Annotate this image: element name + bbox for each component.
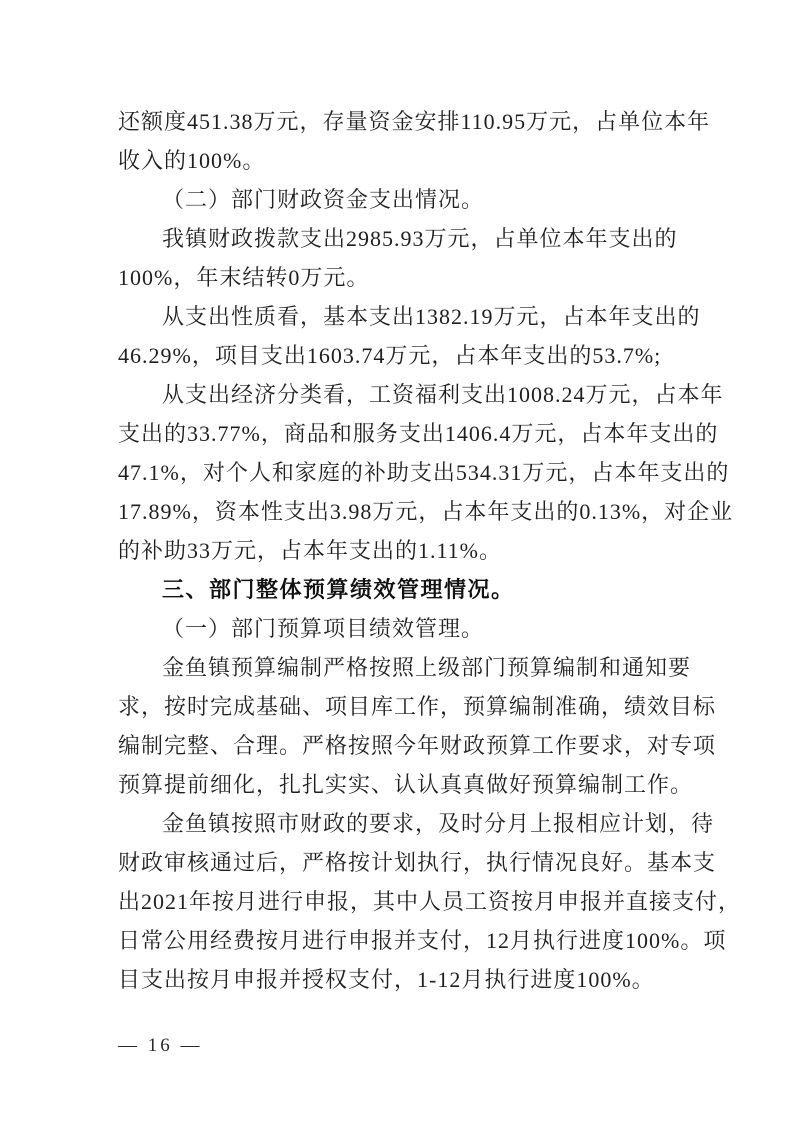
text-line: 17.89%，资本性支出3.98万元，占本年支出的0.13%，对企业 bbox=[118, 492, 676, 531]
text-line: 日常公用经费按月进行申报并支付，12月执行进度100%。项 bbox=[118, 921, 676, 960]
text-line: 我镇财政拨款支出2985.93万元，占单位本年支出的 bbox=[118, 219, 676, 258]
text-line: 预算提前细化，扎扎实实、认认真真做好预算编制工作。 bbox=[118, 765, 676, 804]
text-line: 46.29%，项目支出1603.74万元，占本年支出的53.7%; bbox=[118, 336, 676, 375]
text-line: 还额度451.38万元，存量资金安排110.95万元，占单位本年 bbox=[118, 102, 676, 141]
text-line: 100%，年末结转0万元。 bbox=[118, 258, 676, 297]
document-body: 还额度451.38万元，存量资金安排110.95万元，占单位本年收入的100%。… bbox=[118, 102, 676, 999]
text-line: 从支出经济分类看，工资福利支出1008.24万元，占本年 bbox=[118, 375, 676, 414]
text-line: 财政审核通过后，严格按计划执行，执行情况良好。基本支 bbox=[118, 843, 676, 882]
text-line: 编制完整、合理。严格按照今年财政预算工作要求，对专项 bbox=[118, 726, 676, 765]
text-line: （二）部门财政资金支出情况。 bbox=[118, 180, 676, 219]
text-line: 收入的100%。 bbox=[118, 141, 676, 180]
text-line: 的补助33万元，占本年支出的1.11%。 bbox=[118, 531, 676, 570]
text-line: 目支出按月申报并授权支付，1-12月执行进度100%。 bbox=[118, 960, 676, 999]
text-line: （一）部门预算项目绩效管理。 bbox=[118, 609, 676, 648]
text-line: 从支出性质看，基本支出1382.19万元，占本年支出的 bbox=[118, 297, 676, 336]
text-line: 金鱼镇预算编制严格按照上级部门预算编制和通知要 bbox=[118, 648, 676, 687]
document-page: 还额度451.38万元，存量资金安排110.95万元，占单位本年收入的100%。… bbox=[0, 0, 793, 1122]
text-line: 47.1%，对个人和家庭的补助支出534.31万元，占本年支出的 bbox=[118, 453, 676, 492]
text-line: 支出的33.77%，商品和服务支出1406.4万元，占本年支出的 bbox=[118, 414, 676, 453]
text-line: 金鱼镇按照市财政的要求，及时分月上报相应计划，待 bbox=[118, 804, 676, 843]
text-line: 出2021年按月进行申报，其中人员工资按月申报并直接支付， bbox=[118, 882, 676, 921]
page-number: — 16 — bbox=[118, 1035, 203, 1056]
section-heading: 三、部门整体预算绩效管理情况。 bbox=[118, 570, 676, 609]
text-line: 求，按时完成基础、项目库工作，预算编制准确，绩效目标 bbox=[118, 687, 676, 726]
page-footer: — 16 — bbox=[118, 1034, 203, 1058]
